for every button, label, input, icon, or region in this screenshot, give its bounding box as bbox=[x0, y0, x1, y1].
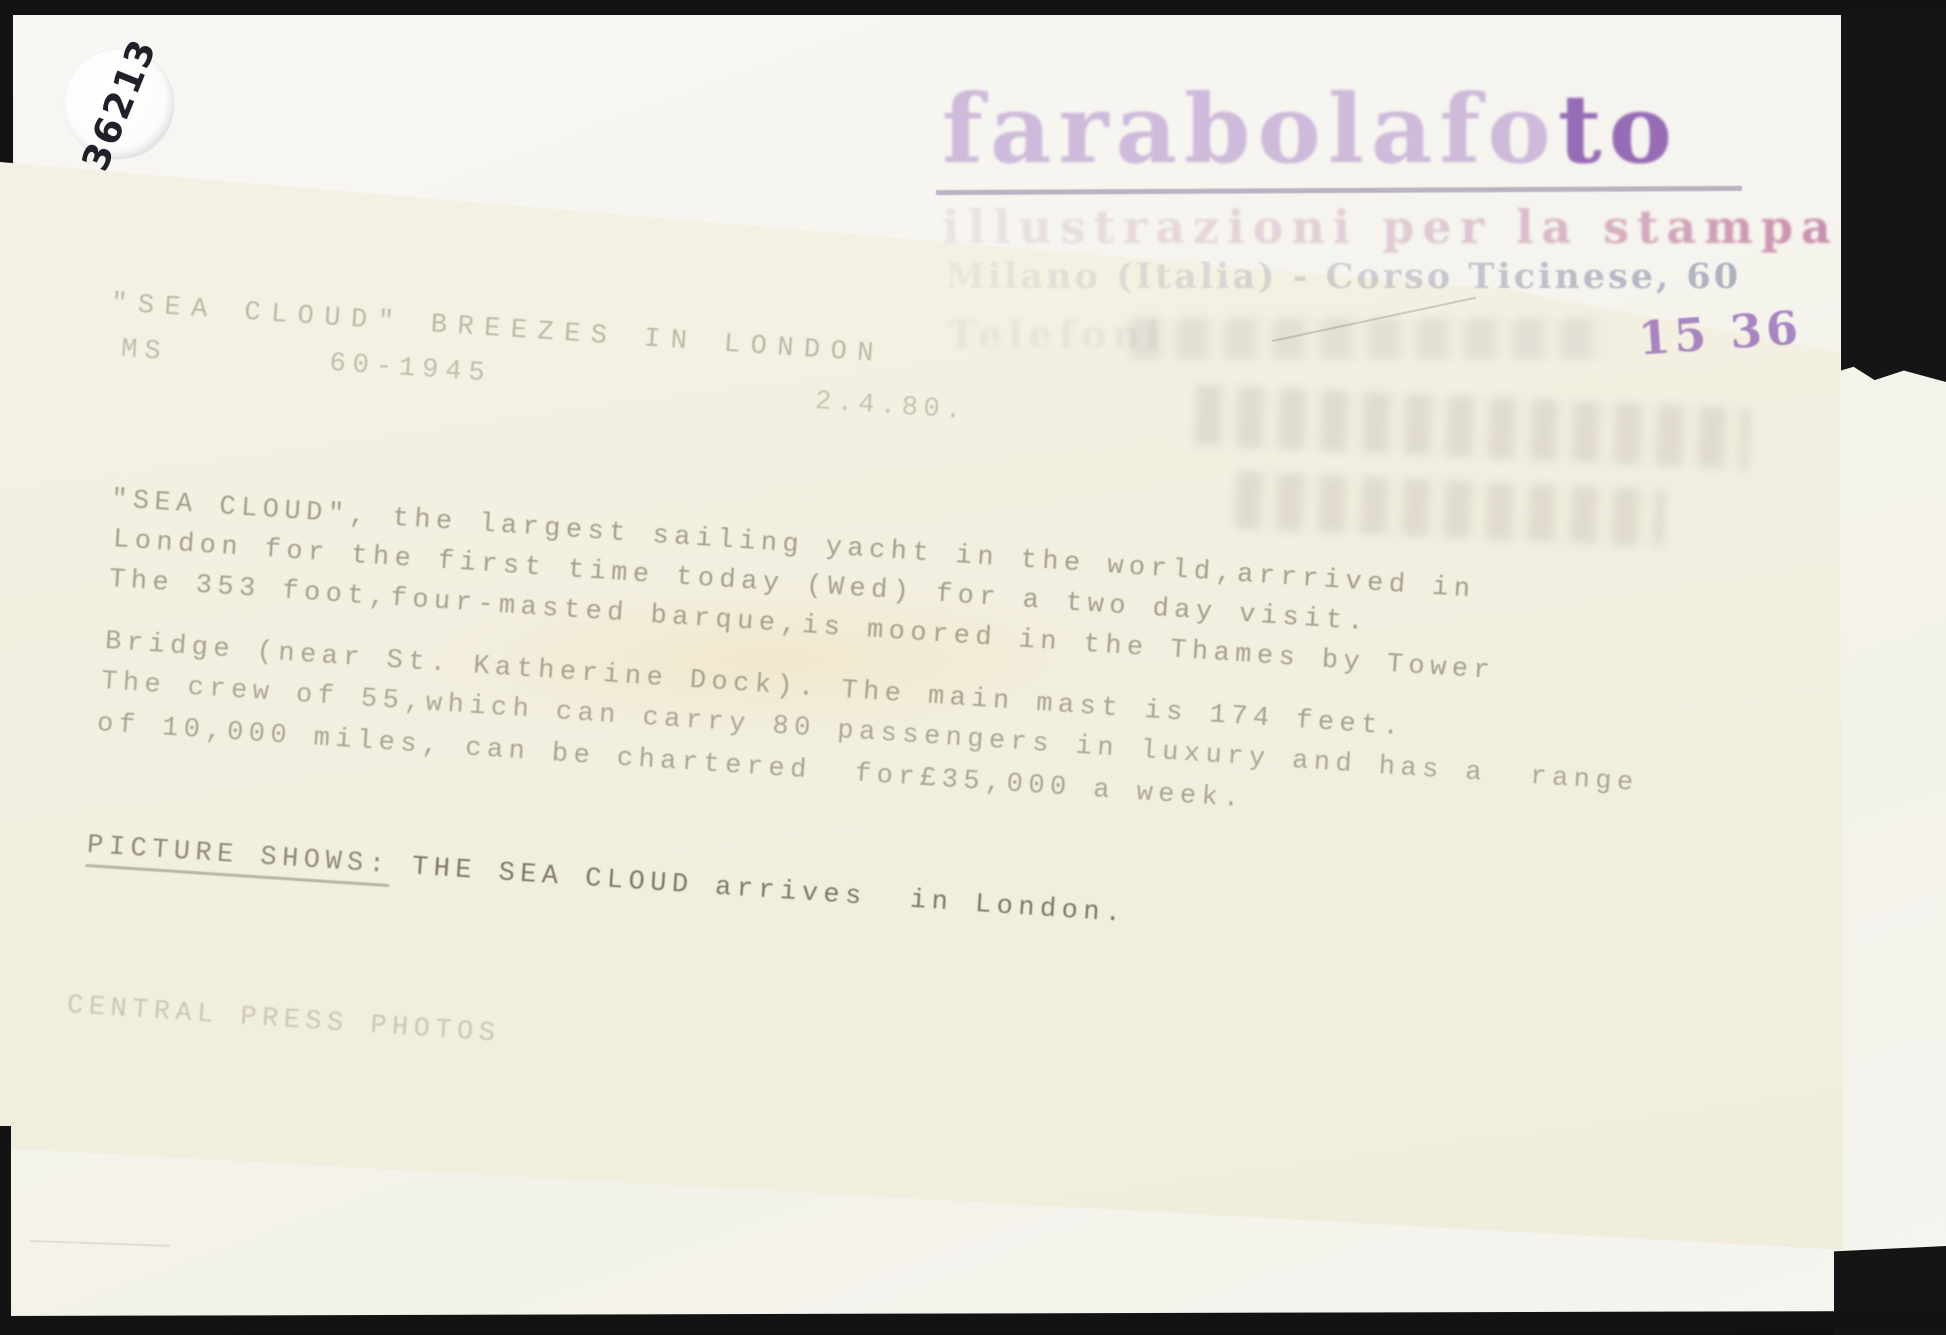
scanner-background-top-right bbox=[1841, 0, 1946, 382]
stamp-tagline: illustrazioni per la stampa bbox=[942, 200, 1839, 254]
photo-back-scan: 36213 "SEA CLOUD" BREEZES IN LONDON MS 6… bbox=[0, 0, 1946, 1335]
picture-shows-text: THE SEA CLOUD arrives in London. bbox=[389, 851, 1127, 930]
picture-shows-label: PICTURE SHOWS: bbox=[86, 831, 392, 887]
farabolafoto-stamp: farabolafoto bbox=[942, 74, 1679, 185]
agency-credit: CENTRAL PRESS PHOTOS bbox=[66, 992, 501, 1050]
stamp-address: Milano (Italia) - Corso Ticinese, 60 bbox=[946, 256, 1741, 297]
picture-shows-line: PICTURE SHOWS: THE SEA CLOUD arrives in … bbox=[86, 832, 1127, 931]
scanner-edge-top bbox=[0, 0, 1946, 15]
ink-transfer-smudge bbox=[1194, 384, 1751, 470]
ink-transfer-smudge bbox=[1234, 471, 1666, 548]
stamp-phone-fragment: 15 36 bbox=[1636, 300, 1803, 365]
index-number-sticker: 36213 bbox=[64, 49, 174, 159]
scanner-edge-left-lower bbox=[0, 1126, 11, 1335]
scanner-edge-left-upper bbox=[0, 0, 13, 172]
stamp-name-light: farabolafo bbox=[942, 74, 1558, 185]
scanner-edge-bottom bbox=[0, 1311, 1946, 1335]
stamp-phone-smudge bbox=[1130, 318, 1610, 360]
caption-date: 2.4.80. bbox=[814, 388, 968, 428]
caption-reference-line: MS 60-1945 bbox=[120, 336, 492, 390]
stamp-name-dark: to bbox=[1558, 74, 1679, 185]
